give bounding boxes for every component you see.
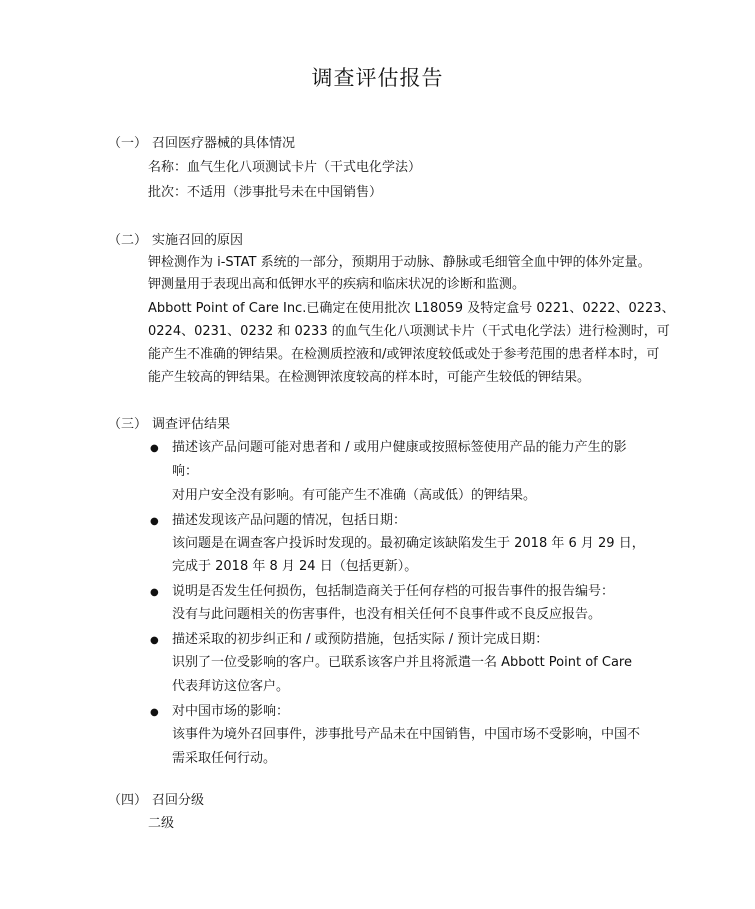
section-2-line: 能产生不准确的钾结果。在检测质控液和/或钾浓度较低或处于参考范围的患者样本时，可 (148, 343, 659, 367)
section-2-line: Abbott Point of Care Inc.已确定在使用批次 L18059… (148, 297, 675, 321)
bullet-answer: 该问题是在调查客户投诉时发现的。最初确定该缺陷发生于 2018 年 6 月 29… (172, 532, 645, 556)
section-heading-1: （一）召回医疗器械的具体情况 (108, 132, 295, 156)
bullet-answer: 代表拜访这位客户。 (172, 675, 289, 699)
bullet-icon: ● (150, 581, 159, 605)
section-heading-3: （三）调查评估结果 (108, 413, 230, 437)
section-4-line: 二级 (148, 812, 174, 836)
bullet-question: 对中国市场的影响： (172, 700, 289, 724)
bullet-answer: 对用户安全没有影响。有可能产生不准确（高或低）的钾结果。 (172, 484, 536, 508)
section-1-line: 批次：不适用（涉事批号未在中国销售） (148, 181, 382, 205)
bullet-icon: ● (150, 437, 159, 461)
section-heading-2: （二）实施召回的原因 (108, 229, 243, 253)
bullet-question: 描述采取的初步纠正和 / 或预防措施，包括实际 / 预计完成日期： (172, 628, 548, 652)
section-number: （一） (108, 132, 152, 156)
bullet-question: 描述该产品问题可能对患者和 / 或用户健康或按照标签使用产品的能力产生的影 (172, 436, 627, 460)
section-1-line: 名称：血气生化八项测试卡片（干式电化学法） (148, 156, 421, 180)
bullet-question: 响： (172, 460, 198, 484)
bullet-answer: 需采取任何行动。 (172, 747, 276, 771)
section-title: 召回医疗器械的具体情况 (152, 136, 295, 151)
bullet-question: 说明是否发生任何损伤，包括制造商关于任何存档的可报告事件的报告编号： (172, 580, 614, 604)
bullet-answer: 识别了一位受影响的客户。已联系该客户并且将派遣一名 Abbott Point o… (172, 651, 632, 675)
section-title: 调查评估结果 (152, 417, 230, 432)
section-number: （二） (108, 229, 152, 253)
section-heading-4: （四）召回分级 (108, 789, 204, 813)
bullet-answer: 没有与此问题相关的伤害事件，也没有相关任何不良事件或不良反应报告。 (172, 603, 601, 627)
page-title: 调查评估报告 (0, 62, 755, 92)
bullet-icon: ● (150, 629, 159, 653)
section-title: 实施召回的原因 (152, 233, 243, 248)
bullet-icon: ● (150, 701, 159, 725)
section-2-line: 钾测量用于表现出高和低钾水平的疾病和临床状况的诊断和监测。 (148, 273, 525, 297)
section-title: 召回分级 (152, 793, 204, 808)
section-number: （四） (108, 789, 152, 813)
section-2-line: 能产生较高的钾结果。在检测钾浓度较高的样本时，可能产生较低的钾结果。 (148, 366, 590, 390)
section-2-line: 0224、0231、0232 和 0233 的血气生化八项测试卡片（干式电化学法… (148, 320, 670, 344)
bullet-question: 描述发现该产品问题的情况，包括日期： (172, 509, 406, 533)
bullet-answer: 该事件为境外召回事件，涉事批号产品未在中国销售，中国市场不受影响，中国不 (172, 723, 640, 747)
bullet-answer: 完成于 2018 年 8 月 24 日（包括更新）。 (172, 555, 417, 579)
section-2-line: 钾检测作为 i-STAT 系统的一部分，预期用于动脉、静脉或毛细管全血中钾的体外… (148, 251, 651, 275)
bullet-icon: ● (150, 510, 159, 534)
section-number: （三） (108, 413, 152, 437)
